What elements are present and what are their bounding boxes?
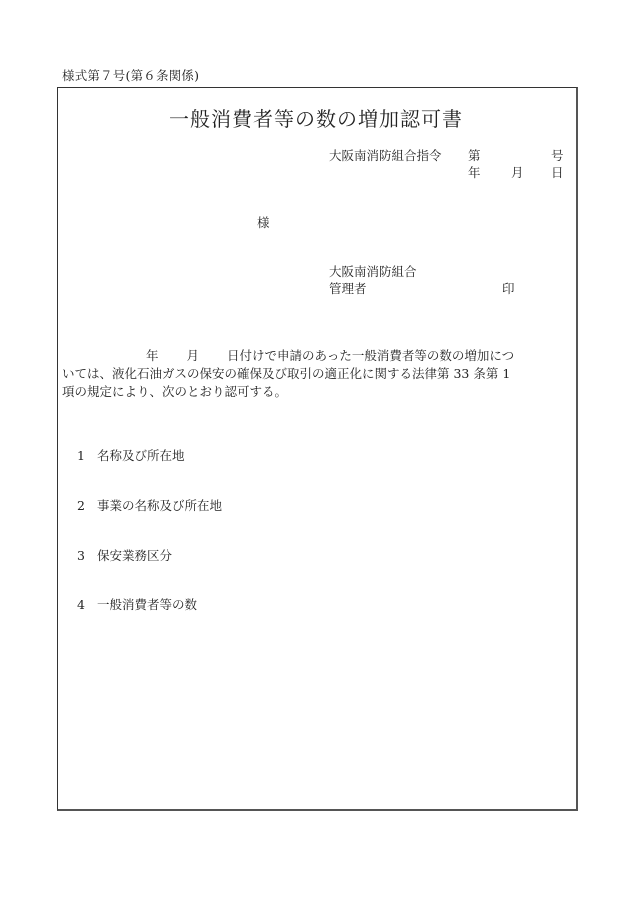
- list-item: 4一般消費者等の数: [77, 595, 197, 613]
- item-label: 保安業務区分: [97, 548, 172, 563]
- document-title: 一般消費者等の数の増加認可書: [0, 103, 630, 132]
- date-year: 年: [468, 163, 481, 181]
- item-number: 1: [77, 448, 97, 463]
- item-label: 事業の名称及び所在地: [97, 498, 222, 513]
- item-number: 2: [77, 498, 97, 513]
- item-number: 3: [77, 548, 97, 563]
- body-paragraph: 年月日付けで申請のあった一般消費者等の数の増加につ いては、液化石油ガスの保安の…: [62, 347, 572, 401]
- recipient-honorific: 様: [257, 213, 270, 231]
- body-line-1: 年月日付けで申請のあった一般消費者等の数の増加につ: [62, 347, 572, 365]
- body-line-2: いては、液化石油ガスの保安の確保及び取引の適正化に関する法律第 33 条第 1: [62, 365, 572, 383]
- list-item: 3保安業務区分: [77, 546, 172, 564]
- seal-mark: 印: [502, 279, 515, 297]
- body-line-3: 項の規定により、次のとおり認可する。: [62, 383, 572, 401]
- body-date-month: 月: [187, 348, 200, 363]
- number-suffix: 号: [551, 146, 564, 164]
- date-month: 月: [511, 163, 524, 181]
- issuer-label: 大阪南消防組合指令: [329, 146, 442, 164]
- date-day: 日: [551, 163, 564, 181]
- item-label: 名称及び所在地: [97, 448, 185, 463]
- list-item: 2事業の名称及び所在地: [77, 496, 222, 514]
- list-item: 1名称及び所在地: [77, 446, 185, 464]
- body-line-1-text: 日付けで申請のあった一般消費者等の数の増加につ: [227, 348, 514, 363]
- number-prefix: 第: [468, 146, 481, 164]
- authority-organization: 大阪南消防組合: [329, 262, 417, 280]
- body-date-year: 年: [146, 348, 159, 363]
- item-label: 一般消費者等の数: [97, 597, 197, 612]
- form-number: 様式第７号(第６条関係): [62, 66, 199, 84]
- item-number: 4: [77, 597, 97, 612]
- authority-title: 管理者: [329, 279, 367, 297]
